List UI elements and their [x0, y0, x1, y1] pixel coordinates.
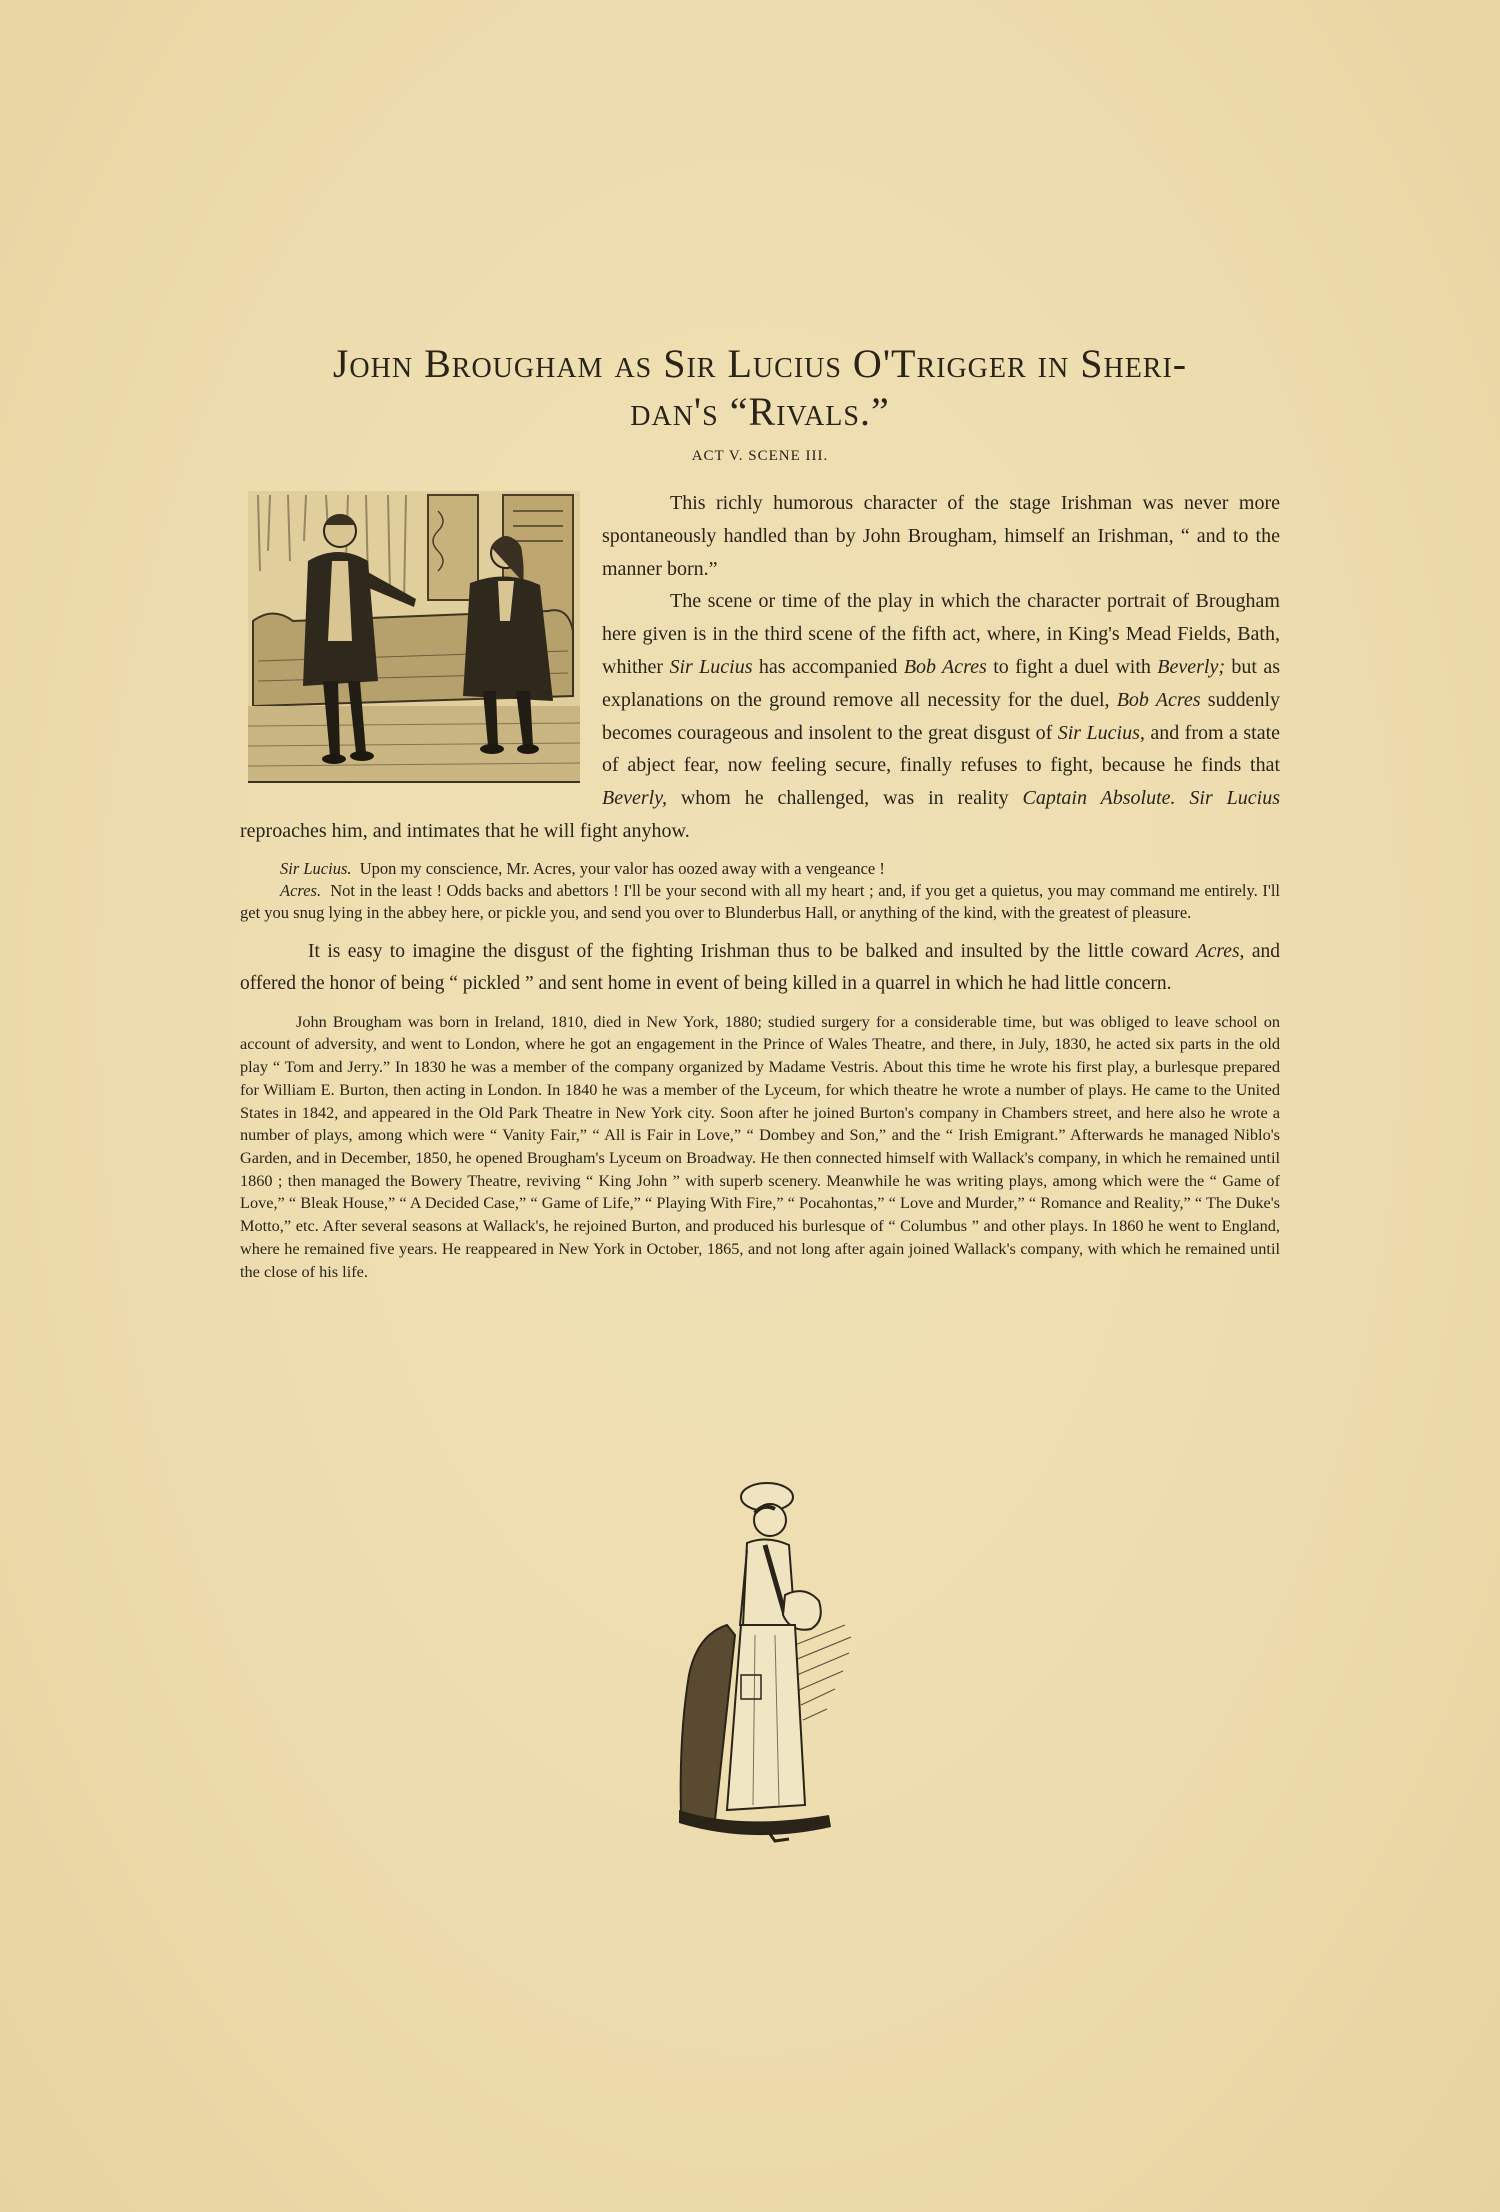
two-gentlemen-illustration: [248, 491, 580, 781]
play-dialog-excerpt: Sir Lucius. Upon my conscience, Mr. Acre…: [240, 858, 1280, 924]
character-name: Beverly;: [1157, 656, 1225, 678]
duel-scene-engraving: [248, 491, 580, 783]
character-name: Acres,: [1196, 941, 1245, 962]
dialog-line-sir-lucius: Sir Lucius. Upon my conscience, Mr. Acre…: [240, 858, 1280, 880]
commentary-paragraph: It is easy to imagine the disgust of the…: [240, 936, 1280, 1001]
character-name: Sir Lucius: [1189, 787, 1280, 809]
dialog-text: Not in the least ! Odds backs and abetto…: [240, 881, 1280, 922]
speaker-name: Acres.: [280, 881, 321, 900]
title-line-2: dan's “Rivals.”: [630, 389, 889, 434]
act-scene-subtitle: Act V. Scene III.: [240, 448, 1280, 465]
maid-illustration: [655, 1475, 875, 1855]
character-name: Bob Acres: [1117, 689, 1201, 711]
text-column: John Brougham as Sir Lucius O'Trigger in…: [240, 340, 1280, 1283]
text-span: has accompanied: [753, 656, 904, 678]
text-span: [1176, 787, 1190, 809]
text-span: to fight a duel with: [987, 656, 1157, 678]
dialog-line-acres: Acres. Not in the least ! Odds backs and…: [240, 880, 1280, 924]
character-name: Beverly,: [602, 787, 667, 809]
text-span: reproaches him, and intimates that he wi…: [240, 820, 690, 842]
character-name: Sir Lucius: [669, 656, 752, 678]
page-title: John Brougham as Sir Lucius O'Trigger in…: [240, 340, 1280, 436]
text-span: It is easy to imagine the disgust of the…: [308, 941, 1196, 962]
character-name: Captain Absolute.: [1023, 787, 1176, 809]
maid-engraving: [655, 1475, 875, 1855]
text-span: whom he challenged, was in reality: [667, 787, 1023, 809]
character-name: Sir Lucius,: [1058, 722, 1145, 744]
dialog-text: Upon my conscience, Mr. Acres, your valo…: [360, 859, 885, 878]
document-page: John Brougham as Sir Lucius O'Trigger in…: [0, 0, 1500, 2212]
speaker-name: Sir Lucius.: [280, 859, 352, 878]
intro-section: This richly humorous character of the st…: [240, 487, 1280, 848]
biography-paragraph: John Brougham was born in Ireland, 1810,…: [240, 1011, 1280, 1283]
title-line-1: John Brougham as Sir Lucius O'Trigger in…: [333, 341, 1187, 386]
character-name: Bob Acres: [904, 656, 987, 678]
